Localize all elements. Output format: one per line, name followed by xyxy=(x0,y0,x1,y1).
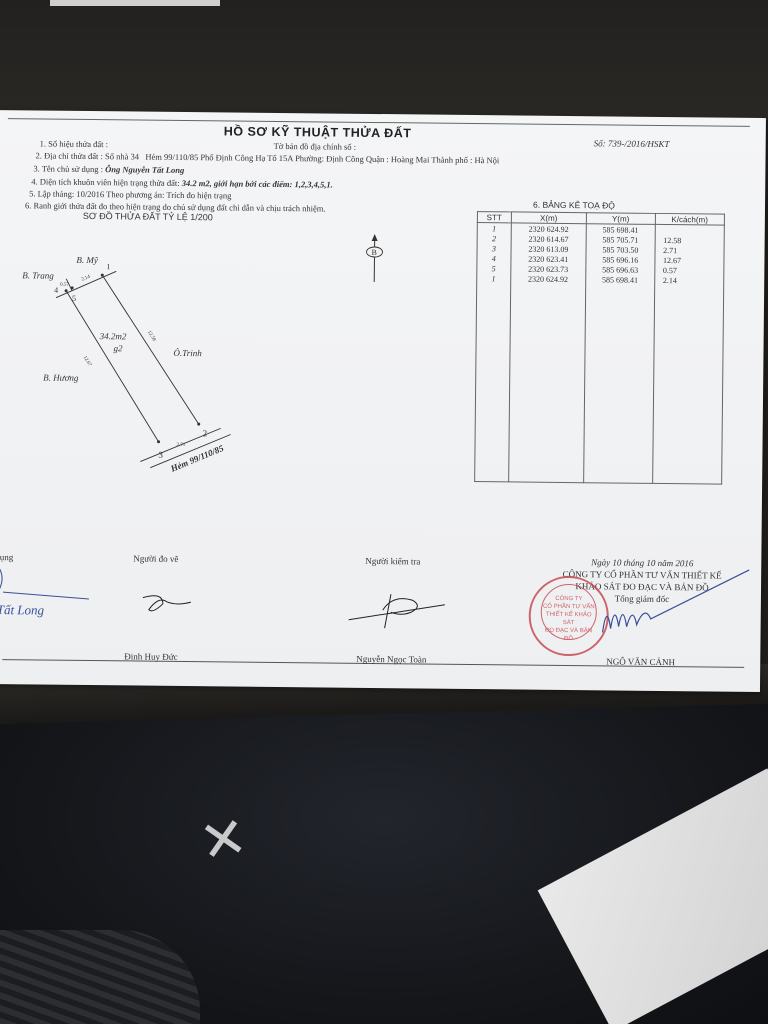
north-arrow-icon: B xyxy=(364,234,385,286)
coordinate-table-title: 6. BẢNG KÊ TOẠ ĐỘ xyxy=(533,200,615,211)
coordinate-table: STT X(m) Y(m) K/cách(m) 12320 624.92585 … xyxy=(474,211,725,485)
edge-2-3: 2.71 xyxy=(176,443,185,448)
point-5: 5 xyxy=(72,294,76,303)
cell-dist: 12.67 xyxy=(655,255,725,266)
parcel-label: g2 xyxy=(113,343,123,353)
land-parcel-document: HỒ SƠ KỸ THUẬT THỬA ĐẤT Số: 739-/2016/HS… xyxy=(0,110,766,692)
diagram-title: SƠ ĐỒ THỬA ĐẤT TỶ LỆ 1/200 xyxy=(83,211,213,222)
neighbor-right: Ô.Trinh xyxy=(173,348,202,358)
cell-y: 585 696.63 xyxy=(586,264,655,275)
cell-stt: 1 xyxy=(477,273,511,283)
area-label: 34.2m2 xyxy=(99,331,127,341)
surveyor-name: Đinh Huy Đức xyxy=(124,651,177,662)
point-2: 2 xyxy=(203,428,208,438)
cell-stt: 4 xyxy=(477,253,511,263)
background-window-strip xyxy=(50,0,220,6)
neighbor-left: B. Hương xyxy=(43,373,79,383)
point-1: 1 xyxy=(106,262,110,271)
svg-text:B: B xyxy=(371,248,376,257)
field-owner: 3. Tên chủ sử dụng : Ông Nguyễn Tất Long xyxy=(33,163,184,175)
cell-stt: 3 xyxy=(477,243,511,253)
director-name: NGÔ VĂN CẢNH xyxy=(606,656,675,667)
document-title: HỒ SƠ KỸ THUẬT THỬA ĐẤT xyxy=(224,124,412,140)
edge-3-4: 12.67 xyxy=(82,355,92,368)
owner-signature: Tất Long xyxy=(0,562,93,623)
col-stt: STT xyxy=(477,212,511,223)
surveyor-label: Người đo vẽ xyxy=(133,553,178,563)
cell-y: 585 698.41 xyxy=(586,224,655,235)
table-empty-area xyxy=(475,283,724,484)
point-4: 4 xyxy=(54,286,58,295)
col-y: Y(m) xyxy=(586,213,655,225)
cell-x: 2320 624.92 xyxy=(511,223,586,234)
edge-4-5: 0.57 xyxy=(60,283,69,288)
edge-5-1: 2.14 xyxy=(81,275,91,283)
parcel-diagram: B. Mỹ B. Trang B. Hương Ô.Trinh 34.2m2 g… xyxy=(0,230,293,493)
background-wall xyxy=(0,0,768,120)
checker-name: Nguyễn Ngọc Toàn xyxy=(356,654,426,665)
checker-label: Người kiểm tra xyxy=(365,556,420,567)
field-parcel-number: 1. Số hiệu thửa đất : xyxy=(40,138,108,149)
neighbor-top-left: B. Trang xyxy=(22,270,54,280)
owner-signature-label: dụng xyxy=(0,552,13,562)
point-3: 3 xyxy=(158,450,163,460)
checker-signature xyxy=(345,584,456,635)
record-number: Số: 739-/2016/HSKT xyxy=(594,138,670,149)
cell-dist: 2.14 xyxy=(654,275,724,286)
cell-y: 585 698.41 xyxy=(586,274,655,285)
cell-stt: 5 xyxy=(477,263,511,273)
cell-dist: 2.71 xyxy=(655,245,725,256)
cell-dist xyxy=(655,224,725,235)
col-x: X(m) xyxy=(511,212,586,224)
cell-stt: 1 xyxy=(477,223,511,234)
cell-y: 585 696.16 xyxy=(586,254,655,265)
cell-y: 585 703.50 xyxy=(586,244,655,255)
svg-text:Tất Long: Tất Long xyxy=(0,602,45,617)
map-sheet-label: Tờ bản đồ địa chính số : xyxy=(274,141,357,152)
col-distance: K/cách(m) xyxy=(655,213,725,225)
cell-y: 585 705.71 xyxy=(586,234,655,245)
director-signature xyxy=(588,562,759,644)
cell-dist: 12.58 xyxy=(655,235,725,246)
field-date: 5. Lập tháng: 10/2016 Theo phương án: Tr… xyxy=(29,188,231,200)
edge-1-2: 12.58 xyxy=(146,330,156,343)
surveyor-signature xyxy=(139,590,199,621)
neighbor-top: B. Mỹ xyxy=(76,255,99,265)
cell-dist: 0.57 xyxy=(654,265,724,276)
cell-stt: 2 xyxy=(477,233,511,243)
